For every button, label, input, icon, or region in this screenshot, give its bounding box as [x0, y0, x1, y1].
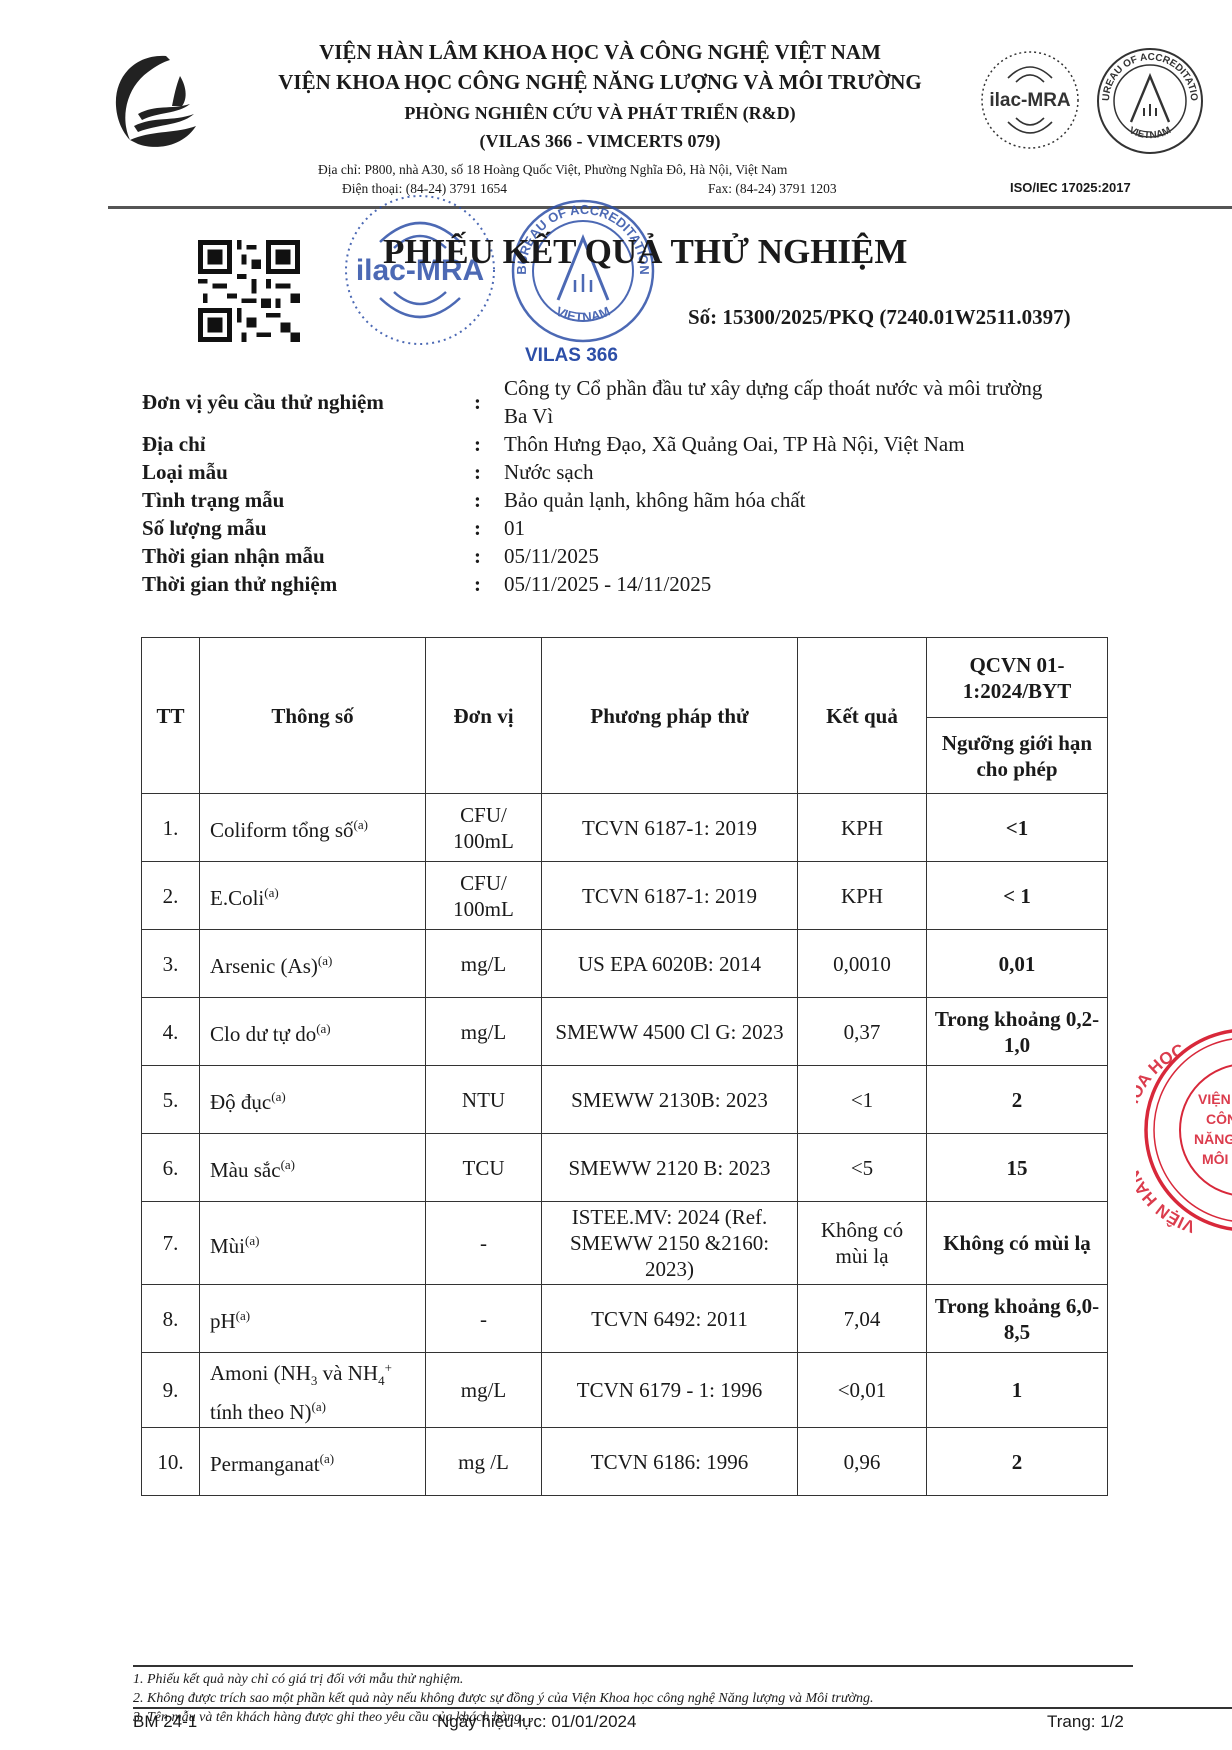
- cell-tt: 10.: [142, 1428, 200, 1496]
- header-fax: Fax: (84-24) 3791 1203: [708, 181, 837, 197]
- info-colon: :: [474, 458, 504, 486]
- info-label: Số lượng mẫu: [142, 514, 474, 542]
- footnote-mark: (a): [281, 1157, 295, 1172]
- footnote-mark: (a): [316, 1021, 330, 1036]
- cell-parameter: Permanganat(a): [200, 1428, 426, 1496]
- footnote-mark: (a): [271, 1089, 285, 1104]
- parameter-name: Arsenic (As): [210, 954, 318, 978]
- parameter-name: Clo dư tự do: [210, 1022, 316, 1046]
- header-divider: [108, 206, 1232, 209]
- footer-note: 1. Phiếu kết quả này chỉ có giá trị đối …: [133, 1670, 873, 1689]
- table-row: 10.Permanganat(a)mg /LTCVN 6186: 19960,9…: [142, 1428, 1108, 1496]
- footnote-mark: (a): [311, 1399, 325, 1414]
- info-row-received-date: Thời gian nhận mẫu : 05/11/2025: [142, 542, 1152, 570]
- cell-method: TCVN 6186: 1996: [542, 1428, 798, 1496]
- footnote-mark: (a): [320, 1451, 334, 1466]
- info-colon: :: [474, 542, 504, 570]
- parameter-name: Màu sắc: [210, 1158, 281, 1182]
- cell-method: TCVN 6187-1: 2019: [542, 794, 798, 862]
- bureau-of-accreditation-logo-icon: BUREAU OF ACCREDITATION VIETNAM: [1095, 46, 1205, 156]
- vilas-stamp-label: VILAS 366: [525, 345, 618, 367]
- svg-text:ilac-MRA: ilac-MRA: [989, 90, 1071, 111]
- report-number: Số: 15300/2025/PKQ (7240.01W2511.0397): [688, 305, 1071, 330]
- table-row: 3.Arsenic (As)(a)mg/LUS EPA 6020B: 20140…: [142, 930, 1108, 998]
- header-standard: QCVN 01-1:2024/BYT: [927, 638, 1108, 718]
- form-code: BM 24-1: [133, 1712, 197, 1732]
- cell-tt: 7.: [142, 1202, 200, 1285]
- table-row: 4.Clo dư tự do(a)mg/LSMEWW 4500 Cl G: 20…: [142, 998, 1108, 1066]
- cell-unit: CFU/ 100mL: [426, 862, 542, 930]
- svg-text:MÔI T: MÔI T: [1202, 1150, 1232, 1167]
- header-unit: Đơn vị: [426, 638, 542, 794]
- footnote-mark: (a): [264, 885, 278, 900]
- header-method: Phương pháp thử: [542, 638, 798, 794]
- parameter-name: E.Coli: [210, 886, 264, 910]
- svg-text:VIỆN KH: VIỆN KH: [1198, 1090, 1232, 1107]
- cell-limit: < 1: [927, 862, 1108, 930]
- info-value-sample-condition: Bảo quản lạnh, không hãm hóa chất: [504, 486, 1152, 514]
- info-row-requester: Đơn vị yêu cầu thử nghiệm : Công ty Cổ p…: [142, 374, 1152, 430]
- header-accreditation-codes: (VILAS 366 - VIMCERTS 079): [240, 131, 960, 152]
- header-department-name: PHÒNG NGHIÊN CỨU VÀ PHÁT TRIỂN (R&D): [240, 103, 960, 124]
- cell-method: SMEWW 4500 Cl G: 2023: [542, 998, 798, 1066]
- cell-limit: 15: [927, 1134, 1108, 1202]
- cell-tt: 5.: [142, 1066, 200, 1134]
- cell-parameter: Clo dư tự do(a): [200, 998, 426, 1066]
- cell-result: 7,04: [798, 1285, 927, 1353]
- cell-method: US EPA 6020B: 2014: [542, 930, 798, 998]
- parameter-name: Coliform tổng số: [210, 818, 354, 842]
- cell-tt: 1.: [142, 794, 200, 862]
- cell-result: KPH: [798, 862, 927, 930]
- info-row-sample-count: Số lượng mẫu : 01: [142, 514, 1152, 542]
- cell-method: TCVN 6492: 2011: [542, 1285, 798, 1353]
- cell-tt: 8.: [142, 1285, 200, 1353]
- header-institute-name: VIỆN KHOA HỌC CÔNG NGHỆ NĂNG LƯỢNG VÀ MÔ…: [240, 70, 960, 95]
- info-value-line: Công ty Cổ phần đầu tư xây dựng cấp thoá…: [504, 374, 1152, 402]
- info-row-sample-condition: Tình trạng mẫu : Bảo quản lạnh, không hã…: [142, 486, 1152, 514]
- parameter-name: Độ đục: [210, 1090, 271, 1114]
- cell-unit: mg/L: [426, 998, 542, 1066]
- header-tt: TT: [142, 638, 200, 794]
- cell-method: ISTEE.MV: 2024 (Ref. SMEWW 2150 &2160: 2…: [542, 1202, 798, 1285]
- cell-tt: 2.: [142, 862, 200, 930]
- cell-result: 0,96: [798, 1428, 927, 1496]
- document-title: PHIẾU KẾT QUẢ THỬ NGHIỆM: [383, 232, 907, 272]
- parameter-name: Mùi: [210, 1234, 245, 1258]
- results-table: TT Thông số Đơn vị Phương pháp thử Kết q…: [141, 637, 1108, 1496]
- cell-method: SMEWW 2120 B: 2023: [542, 1134, 798, 1202]
- cell-unit: CFU/ 100mL: [426, 794, 542, 862]
- info-value-sample-type: Nước sạch: [504, 458, 1152, 486]
- cell-result: Không có mùi lạ: [798, 1202, 927, 1285]
- parameter-name: pH: [210, 1309, 236, 1333]
- table-row: 6.Màu sắc(a)TCUSMEWW 2120 B: 2023<515: [142, 1134, 1108, 1202]
- qr-code-icon[interactable]: [198, 240, 300, 342]
- info-value-requester: Công ty Cổ phần đầu tư xây dựng cấp thoá…: [504, 374, 1152, 430]
- cell-parameter: Độ đục(a): [200, 1066, 426, 1134]
- info-row-address: Địa chỉ : Thôn Hưng Đạo, Xã Quảng Oai, T…: [142, 430, 1152, 458]
- cell-unit: mg/L: [426, 1353, 542, 1428]
- results-body: 1.Coliform tổng số(a)CFU/ 100mLTCVN 6187…: [142, 794, 1108, 1496]
- cell-parameter: Amoni (NH3 và NH4+ tính theo N)(a): [200, 1353, 426, 1428]
- svg-text:CÔNG: CÔNG: [1206, 1110, 1232, 1127]
- effective-date: Ngày hiệu lực: 01/01/2024: [437, 1712, 636, 1732]
- info-value-sample-count: 01: [504, 514, 1152, 542]
- footer-note: 2. Không được trích sao một phần kết quả…: [133, 1689, 873, 1708]
- svg-text:NĂNG L: NĂNG L: [1194, 1131, 1232, 1147]
- cell-result: <5: [798, 1134, 927, 1202]
- header-academy-name: VIỆN HÀN LÂM KHOA HỌC VÀ CÔNG NGHỆ VIỆT …: [240, 40, 960, 65]
- info-label: Thời gian thử nghiệm: [142, 570, 474, 598]
- table-row: 8.pH(a)-TCVN 6492: 20117,04Trong khoảng …: [142, 1285, 1108, 1353]
- info-row-test-period: Thời gian thử nghiệm : 05/11/2025 - 14/1…: [142, 570, 1152, 598]
- cell-limit: 1: [927, 1353, 1108, 1428]
- red-official-seal-icon: VIỆN HÀN LÂM KHOA HỌC VIỆN KH CÔNG NĂNG …: [1136, 1012, 1232, 1252]
- cell-tt: 3.: [142, 930, 200, 998]
- info-colon: :: [474, 486, 504, 514]
- info-label: Đơn vị yêu cầu thử nghiệm: [142, 374, 474, 430]
- cell-limit: 2: [927, 1066, 1108, 1134]
- cell-result: 0,0010: [798, 930, 927, 998]
- cell-limit: Trong khoảng 6,0-8,5: [927, 1285, 1108, 1353]
- cell-result: KPH: [798, 794, 927, 862]
- page-number: Trang: 1/2: [1047, 1712, 1124, 1732]
- cell-tt: 4.: [142, 998, 200, 1066]
- footnote-mark: (a): [245, 1233, 259, 1248]
- parameter-name: Permanganat: [210, 1452, 320, 1476]
- cell-limit: <1: [927, 794, 1108, 862]
- info-colon: :: [474, 374, 504, 430]
- info-colon: :: [474, 430, 504, 458]
- cell-parameter: Arsenic (As)(a): [200, 930, 426, 998]
- svg-text:VIETNAM: VIETNAM: [1127, 125, 1173, 141]
- cell-parameter: pH(a): [200, 1285, 426, 1353]
- info-label: Thời gian nhận mẫu: [142, 542, 474, 570]
- cell-tt: 9.: [142, 1353, 200, 1428]
- svg-text:VIETNAM: VIETNAM: [554, 303, 613, 324]
- cell-limit: 0,01: [927, 930, 1108, 998]
- info-label: Loại mẫu: [142, 458, 474, 486]
- cell-unit: -: [426, 1285, 542, 1353]
- institute-logo-icon: [108, 48, 218, 158]
- cell-parameter: Coliform tổng số(a): [200, 794, 426, 862]
- header-address: Địa chỉ: P800, nhà A30, số 18 Hoàng Quốc…: [318, 162, 787, 178]
- header-limit: Ngưỡng giới hạn cho phép: [927, 718, 1108, 794]
- cell-parameter: Mùi(a): [200, 1202, 426, 1285]
- cell-method: TCVN 6187-1: 2019: [542, 862, 798, 930]
- cell-result: <1: [798, 1066, 927, 1134]
- info-colon: :: [474, 514, 504, 542]
- cell-unit: -: [426, 1202, 542, 1285]
- table-row: 7.Mùi(a)-ISTEE.MV: 2024 (Ref. SMEWW 2150…: [142, 1202, 1108, 1285]
- header-parameter: Thông số: [200, 638, 426, 794]
- table-row: 1.Coliform tổng số(a)CFU/ 100mLTCVN 6187…: [142, 794, 1108, 862]
- footnote-mark: (a): [236, 1308, 250, 1323]
- svg-text:BUREAU OF ACCREDITATION: BUREAU OF ACCREDITATION: [1095, 46, 1199, 102]
- info-value-line: Ba Vì: [504, 402, 1152, 430]
- sample-info: Đơn vị yêu cầu thử nghiệm : Công ty Cổ p…: [142, 374, 1152, 598]
- cell-unit: TCU: [426, 1134, 542, 1202]
- header-result: Kết quả: [798, 638, 927, 794]
- ilac-mra-logo-icon: ilac-MRA: [978, 48, 1082, 152]
- info-value-address: Thôn Hưng Đạo, Xã Quảng Oai, TP Hà Nội, …: [504, 430, 1152, 458]
- cell-limit: Trong khoảng 0,2-1,0: [927, 998, 1108, 1066]
- cell-result: 0,37: [798, 998, 927, 1066]
- table-row: 5.Độ đục(a)NTUSMEWW 2130B: 2023<12: [142, 1066, 1108, 1134]
- cell-unit: mg/L: [426, 930, 542, 998]
- cell-method: SMEWW 2130B: 2023: [542, 1066, 798, 1134]
- footnote-mark: (a): [318, 953, 332, 968]
- table-row: 2.E.Coli(a)CFU/ 100mLTCVN 6187-1: 2019KP…: [142, 862, 1108, 930]
- cell-method: TCVN 6179 - 1: 1996: [542, 1353, 798, 1428]
- footnote-mark: (a): [354, 817, 368, 832]
- info-label: Tình trạng mẫu: [142, 486, 474, 514]
- cell-tt: 6.: [142, 1134, 200, 1202]
- footer-divider: [133, 1665, 1133, 1667]
- info-value-test-period: 05/11/2025 - 14/11/2025: [504, 570, 1152, 598]
- cell-unit: NTU: [426, 1066, 542, 1134]
- cell-parameter: E.Coli(a): [200, 862, 426, 930]
- footer-bottom-divider: [133, 1707, 1232, 1709]
- cell-result: <0,01: [798, 1353, 927, 1428]
- cell-parameter: Màu sắc(a): [200, 1134, 426, 1202]
- cell-limit: Không có mùi lạ: [927, 1202, 1108, 1285]
- info-label: Địa chỉ: [142, 430, 474, 458]
- table-row: 9.Amoni (NH3 và NH4+ tính theo N)(a)mg/L…: [142, 1353, 1108, 1428]
- cell-unit: mg /L: [426, 1428, 542, 1496]
- info-row-sample-type: Loại mẫu : Nước sạch: [142, 458, 1152, 486]
- info-value-received-date: 05/11/2025: [504, 542, 1152, 570]
- iso-standard-label: ISO/IEC 17025:2017: [1010, 180, 1131, 195]
- cell-limit: 2: [927, 1428, 1108, 1496]
- info-colon: :: [474, 570, 504, 598]
